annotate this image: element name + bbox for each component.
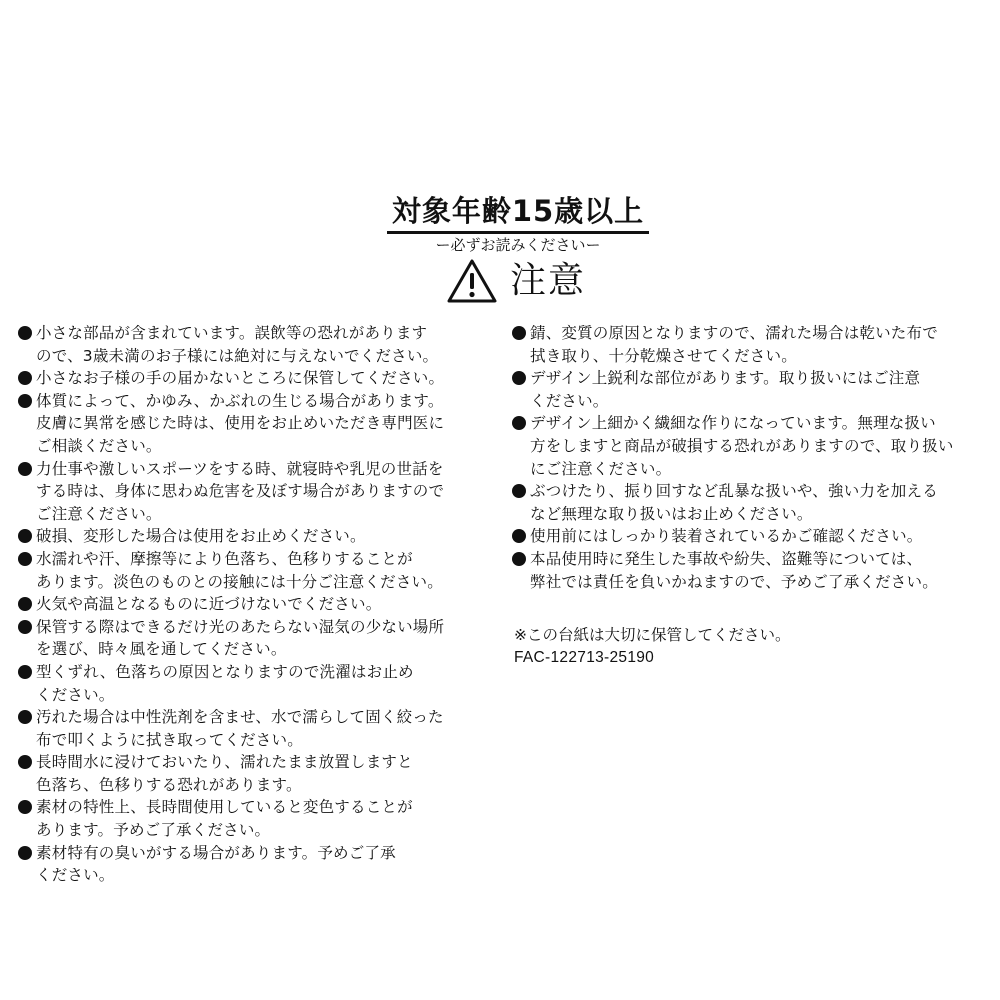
warning-item: ぶつけたり、振り回すなど乱暴な扱いや、強い力を加えるなど無理な取り扱いはお止めく… bbox=[512, 480, 992, 525]
product-code: FAC-122713-25190 bbox=[514, 647, 791, 670]
caution-label: 注意 bbox=[510, 258, 586, 304]
bullet-icon bbox=[512, 416, 526, 430]
warning-item: 保管する際はできるだけ光のあたらない湿気の少ない場所を選び、時々風を通してくださ… bbox=[18, 616, 498, 661]
warning-item: 長時間水に浸けておいたり、濡れたまま放置しますと色落ち、色移りする恐れがあります… bbox=[18, 751, 498, 796]
warning-item: デザイン上鋭利な部位があります。取り扱いにはご注意ください。 bbox=[512, 367, 992, 412]
bullet-icon bbox=[18, 597, 32, 611]
bullet-icon bbox=[512, 371, 526, 385]
warning-item: 錆、変質の原因となりますので、濡れた場合は乾いた布で拭き取り、十分乾燥させてくだ… bbox=[512, 322, 992, 367]
must-read-note: ー必ずお読みくださいー bbox=[387, 235, 649, 255]
bullet-icon bbox=[18, 755, 32, 769]
bullet-icon bbox=[18, 552, 32, 566]
age-rating-title: 対象年齢15歳以上 bbox=[387, 193, 649, 229]
bullet-icon bbox=[512, 326, 526, 340]
title-underline bbox=[387, 231, 649, 234]
bullet-icon bbox=[18, 800, 32, 814]
warning-item: 水濡れや汗、摩擦等により色落ち、色移りすることがあります。淡色のものとの接触には… bbox=[18, 548, 498, 593]
bullet-icon bbox=[512, 552, 526, 566]
bullet-icon bbox=[18, 371, 32, 385]
bullet-icon bbox=[18, 462, 32, 476]
warning-item: 型くずれ、色落ちの原因となりますので洗濯はお止めください。 bbox=[18, 661, 498, 706]
bullet-icon bbox=[18, 394, 32, 408]
warning-item: 本品使用時に発生した事故や紛失、盗難等については、弊社では責任を負いかねますので… bbox=[512, 548, 992, 593]
bullet-icon bbox=[18, 710, 32, 724]
bullet-icon bbox=[512, 484, 526, 498]
caution-heading: 注意 bbox=[446, 258, 586, 304]
warning-item: 火気や高温となるものに近づけないでください。 bbox=[18, 593, 498, 616]
keep-mount-note: ※この台紙は大切に保管してください。 bbox=[514, 624, 791, 647]
bullet-icon bbox=[18, 665, 32, 679]
warning-item: 素材の特性上、長時間使用していると変色することがあります。予めご了承ください。 bbox=[18, 796, 498, 841]
footer-notes: ※この台紙は大切に保管してください。 FAC-122713-25190 bbox=[514, 624, 791, 669]
bullet-icon bbox=[18, 620, 32, 634]
warning-item: 素材特有の臭いがする場合があります。予めご了承ください。 bbox=[18, 842, 498, 887]
warning-item: 汚れた場合は中性洗剤を含ませ、水で濡らして固く絞った布で叩くように拭き取ってくだ… bbox=[18, 706, 498, 751]
warning-item: 体質によって、かゆみ、かぶれの生じる場合があります。皮膚に異常を感じた時は、使用… bbox=[18, 390, 498, 458]
warning-item: デザイン上細かく繊細な作りになっています。無理な扱い方をしますと商品が破損する恐… bbox=[512, 412, 992, 480]
warning-item: 力仕事や激しいスポーツをする時、就寝時や乳児の世話をする時は、身体に思わぬ危害を… bbox=[18, 458, 498, 526]
bullet-icon bbox=[512, 529, 526, 543]
bullet-icon bbox=[18, 326, 32, 340]
warning-item: 小さなお子様の手の届かないところに保管してください。 bbox=[18, 367, 498, 390]
bullet-icon bbox=[18, 529, 32, 543]
left-warning-list: 小さな部品が含まれています。誤飲等の恐れがありますので、3歳未満のお子様には絶対… bbox=[18, 322, 498, 887]
warning-item: 使用前にはしっかり装着されているかご確認ください。 bbox=[512, 525, 992, 548]
right-warning-list: 錆、変質の原因となりますので、濡れた場合は乾いた布で拭き取り、十分乾燥させてくだ… bbox=[512, 322, 992, 593]
warning-item: 小さな部品が含まれています。誤飲等の恐れがありますので、3歳未満のお子様には絶対… bbox=[18, 322, 498, 367]
warning-item: 破損、変形した場合は使用をお止めください。 bbox=[18, 525, 498, 548]
bullet-icon bbox=[18, 846, 32, 860]
warning-triangle-icon bbox=[446, 258, 498, 304]
